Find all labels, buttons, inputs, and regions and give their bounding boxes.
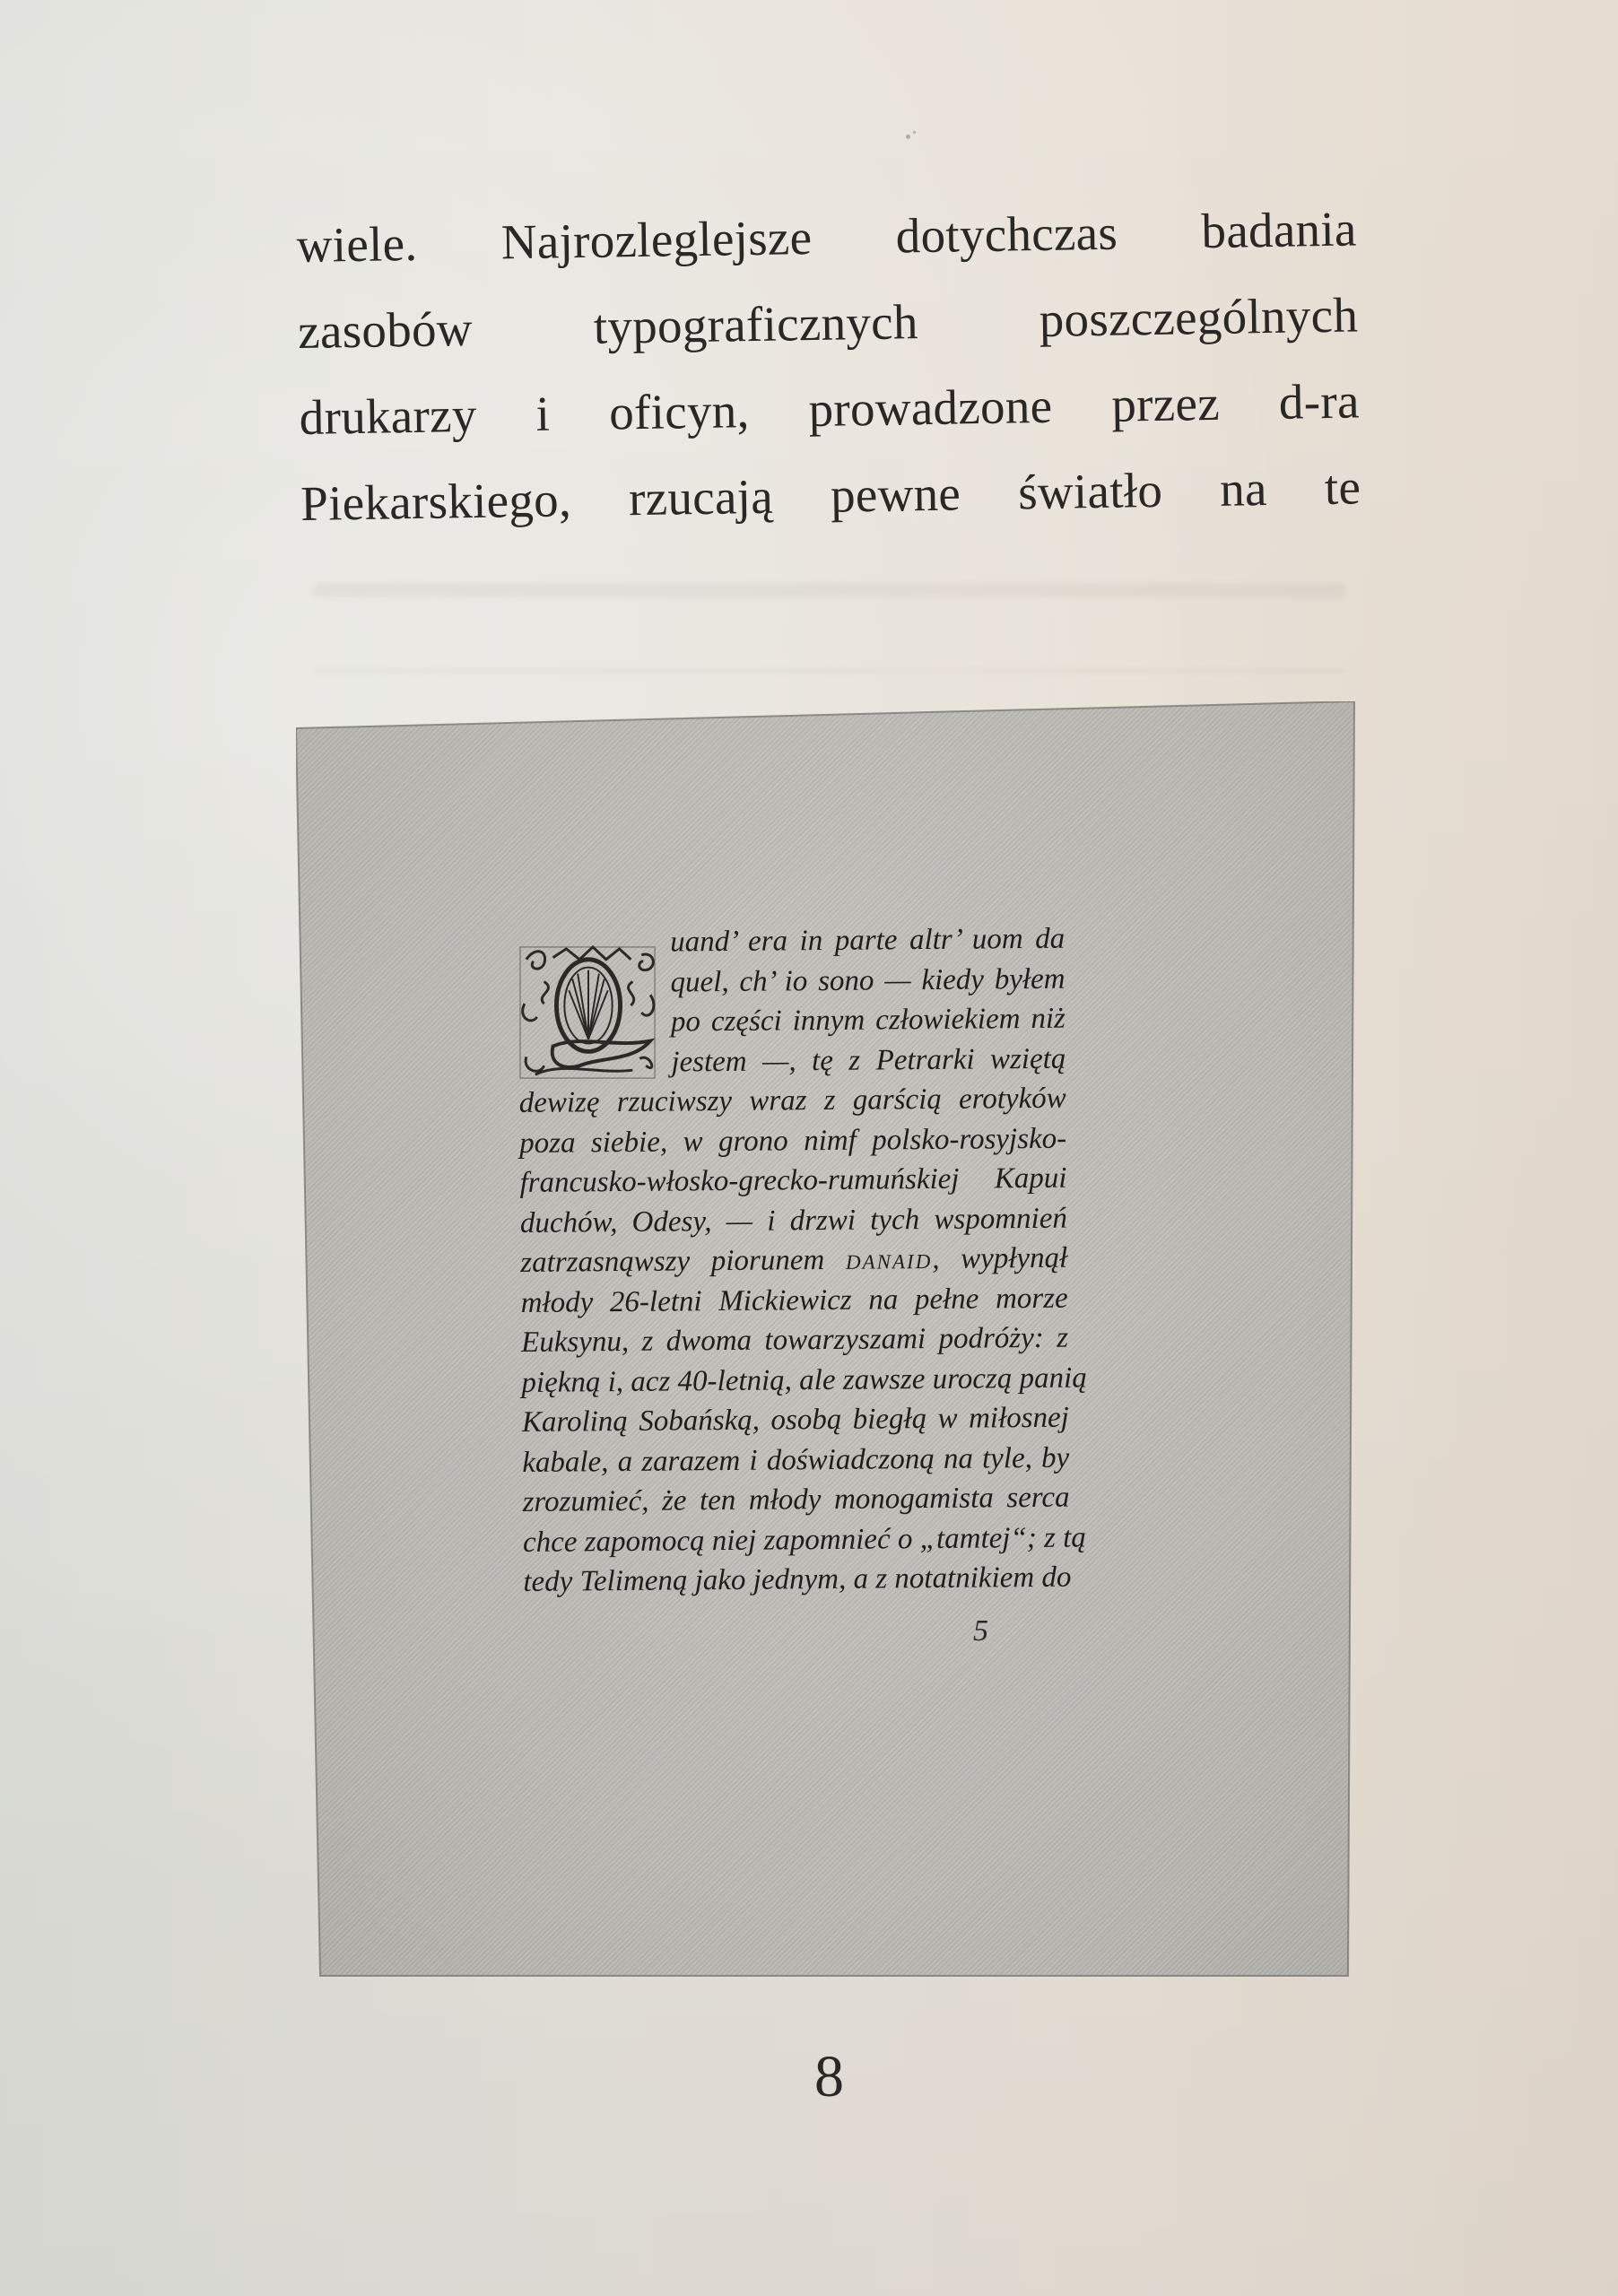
facsimile-line-end: , wypłynął <box>932 1242 1067 1275</box>
facsimile-line: francusko-włosko-grecko-rumuńskiej Kapui <box>519 1159 1066 1204</box>
danaid-smallcaps: danaid <box>846 1243 933 1276</box>
facsimile-text: uand’ era in parte altr’ uom da quel, ch… <box>518 919 1071 1603</box>
paragraph-line: wiele. Najrozleglejsze dotychczas badani… <box>296 186 1357 289</box>
facsimile-line: młody 26-letni Mickiewicz na pełne morze <box>520 1278 1067 1323</box>
facsimile-line: Karoliną Sobańską, osobą biegłą w miłosn… <box>522 1398 1069 1443</box>
facsimile-line: quel, ch’ io sono — kiedy byłem <box>670 959 1065 1002</box>
facsimile-line: Euksynu, z dwoma towarzyszami podróży: z <box>521 1318 1068 1363</box>
body-paragraph: wiele. Najrozleglejsze dotychczas badani… <box>296 186 1361 547</box>
facsimile-line: po części innym człowiekiem niż <box>671 999 1066 1042</box>
facsimile-line-start: zatrzasnąwszy piorunem <box>520 1244 846 1279</box>
facsimile-line: jestem —, tę z Petrarki wziętą <box>671 1039 1066 1082</box>
paragraph-line: drukarzy i oficyn, prowadzone przez d-ra <box>299 358 1360 461</box>
facsimile-line: duchów, Odesy, — i drzwi tych wspomnień <box>520 1198 1067 1243</box>
facsimile-line: piękną i, acz 40-letnią, ale zawsze uroc… <box>521 1358 1068 1403</box>
paper-speck <box>913 131 916 134</box>
paragraph-line: Piekarskiego, rzucają pewne światło na t… <box>300 444 1361 547</box>
facsimile-line: zatrzasnąwszy piorunem danaid, wypłynął <box>520 1239 1067 1283</box>
paper-speck <box>906 135 910 139</box>
facsimile-line: tedy Telimeną jako jednym, a z notatniki… <box>523 1558 1070 1603</box>
page-number: 8 <box>814 2043 844 2111</box>
facsimile-line: poza siebie, w grono nimf polsko-rosyjsk… <box>519 1118 1066 1163</box>
paragraph-line: zasobów typograficznych poszczególnych <box>298 272 1359 375</box>
facsimile-line: kabale, a zarazem i doświadczoną na tyle… <box>522 1438 1069 1483</box>
facsimile-line: zrozumieć, że ten młody monogamista serc… <box>522 1478 1069 1523</box>
facsimile-page-number: 5 <box>973 1614 988 1648</box>
facsimile-line: dewizę rzuciwszy wraz z garścią erotyków <box>519 1079 1066 1124</box>
show-through-text <box>314 556 1345 673</box>
facsimile-line: chce zapomocą niej zapomnieć o „tamtej“;… <box>523 1518 1070 1562</box>
facsimile-line: uand’ era in parte altr’ uom da <box>670 919 1065 962</box>
